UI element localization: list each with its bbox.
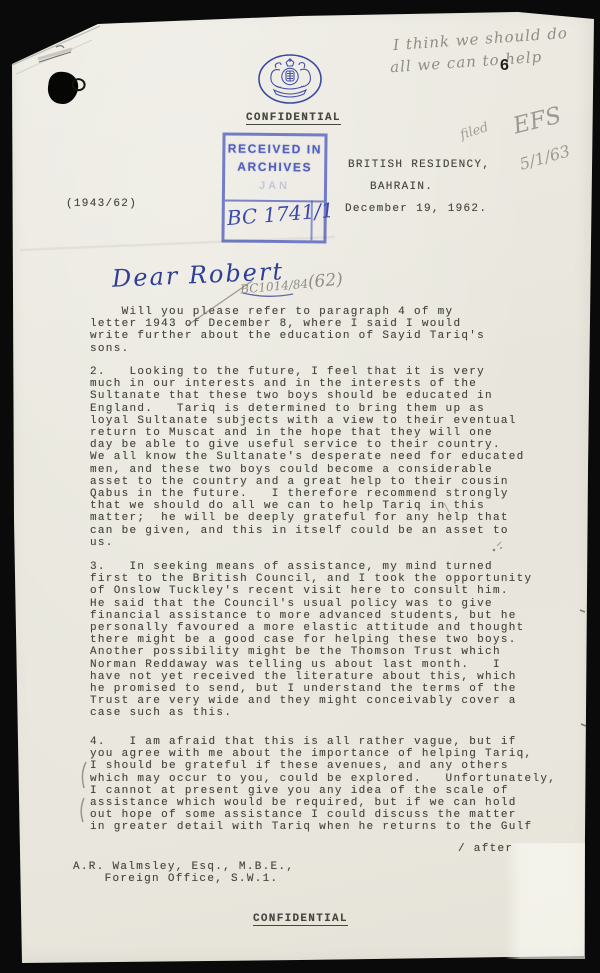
paragraph-4: 4. I am afraid that this is all rather v… [90, 736, 556, 834]
continuation-marker: / after [458, 843, 513, 855]
letter-date: December 19, 1962. [345, 203, 487, 215]
paragraph-1: Will you please refer to paragraph 4 of … [90, 306, 485, 355]
received-stamp: RECEIVED IN ARCHIVES JAN BC 1741/1 [221, 132, 327, 243]
classification-header: CONFIDENTIAL [246, 112, 341, 125]
paragraph-3: 3. In seeking means of assistance, my mi… [90, 561, 532, 720]
paper-light-patch [505, 843, 585, 959]
residency-city: BAHRAIN. [370, 181, 433, 193]
page-number: 6 [500, 57, 509, 75]
stamp-date-faint: JAN [225, 179, 324, 192]
classification-footer: CONFIDENTIAL [253, 913, 348, 926]
stamp-text-line1: RECEIVED IN [225, 141, 324, 156]
stamp-handwritten-ref: BC 1741/1 [226, 198, 335, 230]
pencil-registry-year: (62) [307, 270, 344, 293]
paragraph-2: 2. Looking to the future, I feel that it… [90, 366, 525, 549]
recipient-address: A.R. Walmsley, Esq., M.B.E., Foreign Off… [73, 861, 294, 885]
residency-line: BRITISH RESIDENCY, [348, 159, 490, 171]
stamp-text-line2: ARCHIVES [225, 159, 324, 174]
document-photo: CONFIDENTIAL (1943/62) BRITISH RESIDENCY… [0, 0, 600, 973]
reference-number: (1943/62) [66, 198, 137, 210]
